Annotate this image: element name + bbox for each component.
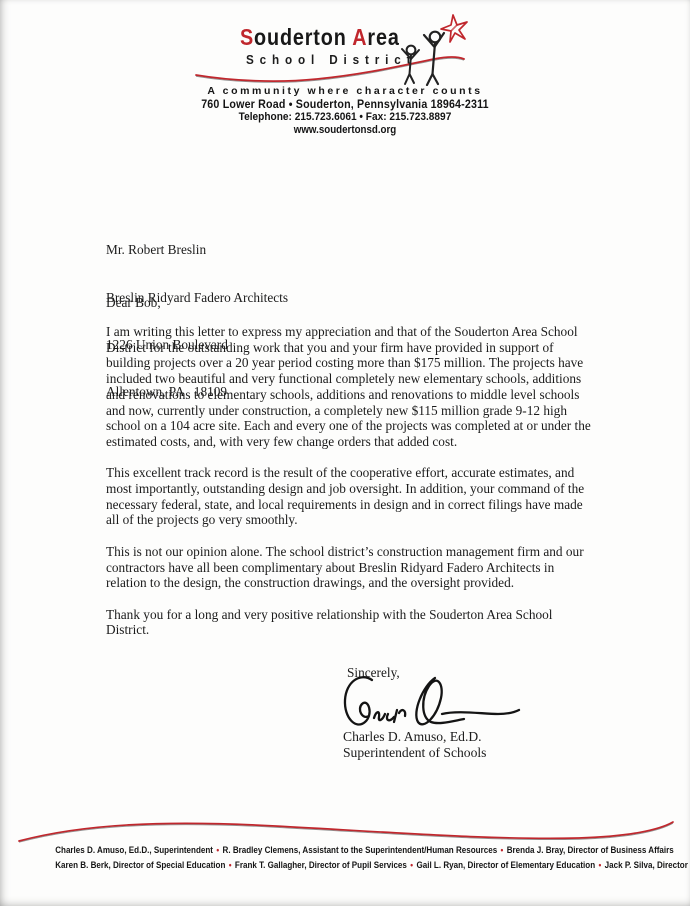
footer-item: Brenda J. Bray, Director of Business Aff… [507, 845, 674, 856]
scanned-letter-page: Souderton Area School District [0, 0, 690, 906]
bullet-separator: • [407, 860, 417, 871]
footer-staff-line-1: Charles D. Amuso, Ed.D., Superintendent•… [55, 845, 635, 856]
footer-item: R. Bradley Clemens, Assistant to the Sup… [223, 845, 498, 856]
district-name: Souderton Area [240, 24, 400, 51]
salutation: Dear Bob, [106, 295, 161, 311]
signer-name: Charles D. Amuso, Ed.D. [343, 729, 486, 745]
district-name-rest-2: rea [367, 24, 399, 50]
letterhead-address: 760 Lower Road • Souderton, Pennsylvania… [28, 98, 663, 111]
footer-item: Jack P. Silva, Director of Secondary Edu… [605, 860, 690, 871]
children-reaching-star-icon [396, 12, 472, 86]
paragraph-4: Thank you for a long and very positive r… [106, 607, 593, 638]
footer-item: Charles D. Amuso, Ed.D., Superintendent [55, 845, 213, 856]
letterhead-website: www.soudertonsd.org [28, 124, 663, 136]
bullet-separator: • [595, 860, 605, 871]
district-name-rest-1: ouderton [254, 24, 352, 50]
bullet-separator: • [213, 845, 223, 856]
signer-title: Superintendent of Schools [343, 745, 486, 761]
letter-body: I am writing this letter to express my a… [106, 324, 593, 654]
footer-item: Gail L. Ryan, Director of Elementary Edu… [416, 860, 595, 871]
bullet-separator: • [225, 860, 235, 871]
footer-item: Karen B. Berk, Director of Special Educa… [55, 860, 225, 871]
signature-block: Charles D. Amuso, Ed.D. Superintendent o… [343, 729, 486, 761]
paragraph-1: I am writing this letter to express my a… [106, 324, 593, 450]
district-name-initial-s: S [240, 24, 254, 50]
paragraph-2: This excellent track record is the resul… [106, 465, 593, 528]
footer-staff-line-2: Karen B. Berk, Director of Special Educa… [55, 860, 635, 871]
recipient-name: Mr. Robert Breslin [106, 242, 288, 258]
district-tagline: A community where character counts [0, 85, 690, 97]
paragraph-3: This is not our opinion alone. The schoo… [106, 544, 593, 591]
footer-item: Frank T. Gallagher, Director of Pupil Se… [235, 860, 407, 871]
bullet-separator: • [497, 845, 507, 856]
letterhead-phone-fax: Telephone: 215.723.6061 • Fax: 215.723.8… [28, 111, 663, 123]
district-name-initial-a: A [352, 24, 367, 50]
footer-swoosh [13, 815, 679, 845]
